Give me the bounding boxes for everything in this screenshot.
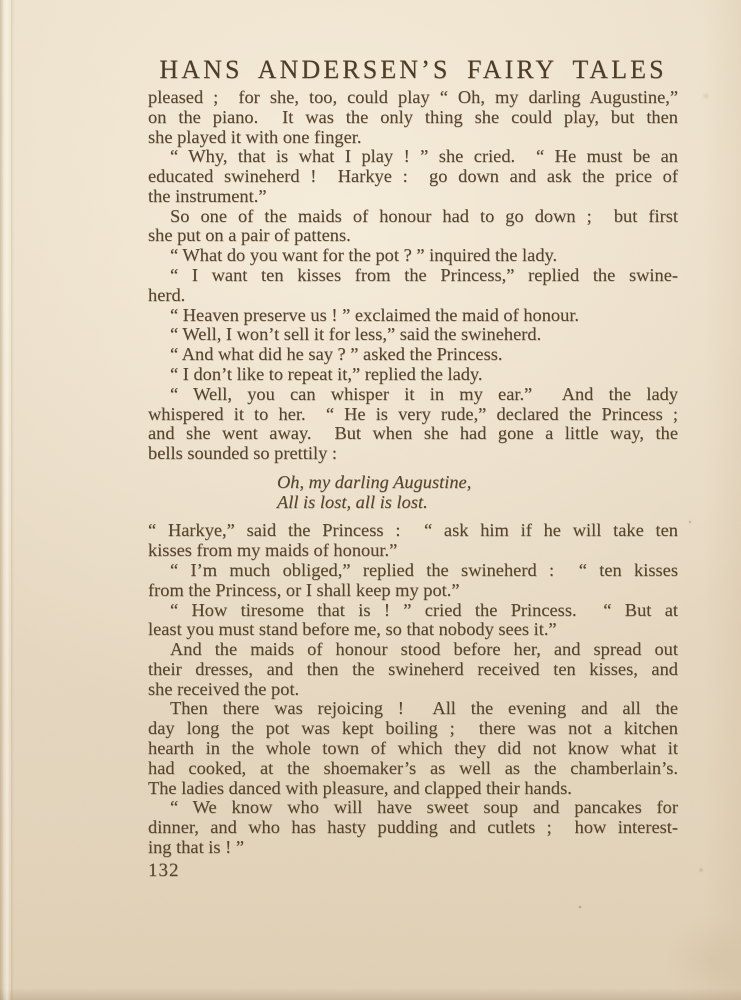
paragraph: “ How tiresome that is ! ” cried the Pri… <box>148 601 678 641</box>
text-line: Then there was rejoicing ! All the eveni… <box>148 699 678 719</box>
paragraph: “ Heaven preserve us ! ” exclaimed the m… <box>148 306 678 326</box>
text-line: kisses from my maids of honour.” <box>148 541 678 561</box>
paper-stain <box>640 900 741 1000</box>
text-line: “ What do you want for the pot ? ” inqui… <box>148 246 678 266</box>
text-line: “ I’m much obliged,” replied the swinehe… <box>148 561 678 581</box>
paper-specks <box>0 0 2 2</box>
paragraph: “ And what did he say ? ” asked the Prin… <box>148 345 678 365</box>
text-line: ing that is ! ” <box>148 838 678 858</box>
text-line: from the Princess, or I shall keep my po… <box>148 581 678 601</box>
page-number: 132 <box>148 861 678 881</box>
text-line: Oh, my darling Augustine, <box>277 473 678 493</box>
paragraph: Then there was rejoicing ! All the eveni… <box>148 699 678 798</box>
paragraph: So one of the maids of honour had to go … <box>148 207 678 247</box>
text-line: bells sounded so prettily : <box>148 444 678 464</box>
text-line: hearth in the whole town of which they d… <box>148 739 678 759</box>
verse: Oh, my darling Augustine,All is lost, al… <box>277 473 678 513</box>
paragraph: “ Harkye,” said the Princess : “ ask him… <box>148 521 678 561</box>
text-line: “ We know who will have sweet soup and p… <box>148 798 678 818</box>
text-line: least you must stand before me, so that … <box>148 620 678 640</box>
page-left-edge-highlight <box>3 0 11 1000</box>
text-line: “ I want ten kisses from the Princess,” … <box>148 266 678 286</box>
text-line: “ Harkye,” said the Princess : “ ask him… <box>148 521 678 541</box>
text-line: “ Well, I won’t sell it for less,” said … <box>148 325 678 345</box>
paragraph: “ Well, I won’t sell it for less,” said … <box>148 325 678 345</box>
text-line: had cooked, at the shoemaker’s as well a… <box>148 759 678 779</box>
page-left-edge-shadow <box>0 0 3 1000</box>
text-line: pleased ; for she, too, could play “ Oh,… <box>148 88 678 108</box>
text-line: And the maids of honour stood before her… <box>148 640 678 660</box>
paragraph: “ I’m much obliged,” replied the swinehe… <box>148 561 678 601</box>
text-line: whispered it to her. “ He is very rude,”… <box>148 405 678 425</box>
running-head: HANS ANDERSEN’S FAIRY TALES <box>148 55 678 85</box>
text-line: “ Why, that is what I play ! ” she cried… <box>148 147 678 167</box>
text-line: “ I don’t like to repeat it,” replied th… <box>148 365 678 385</box>
text-line: educated swineherd ! Harkye : go down an… <box>148 167 678 187</box>
text-line: “ How tiresome that is ! ” cried the Pri… <box>148 601 678 621</box>
text-line: their dresses, and then the swineherd re… <box>148 660 678 680</box>
text-line: the instrument.” <box>148 187 678 207</box>
text-line: day long the pot was kept boiling ; ther… <box>148 719 678 739</box>
text-line: “ Well, you can whisper it in my ear.” A… <box>148 385 678 405</box>
text-line: she put on a pair of pattens. <box>148 226 678 246</box>
text-line: she received the pot. <box>148 680 678 700</box>
page-left-edge-seam <box>11 0 14 1000</box>
paragraph: “ What do you want for the pot ? ” inqui… <box>148 246 678 266</box>
text-line: “ And what did he say ? ” asked the Prin… <box>148 345 678 365</box>
paragraph: And the maids of honour stood before her… <box>148 640 678 699</box>
text-line: dinner, and who has hasty pudding and cu… <box>148 818 678 838</box>
paragraph: “ We know who will have sweet soup and p… <box>148 798 678 857</box>
text-line: All is lost, all is lost. <box>277 493 678 513</box>
text-line: herd. <box>148 286 678 306</box>
book-page-scan: HANS ANDERSEN’S FAIRY TALES pleased ; fo… <box>0 0 741 1000</box>
paragraph: pleased ; for she, too, could play “ Oh,… <box>148 88 678 147</box>
text-line: The ladies danced with pleasure, and cla… <box>148 779 678 799</box>
text-line: “ Heaven preserve us ! ” exclaimed the m… <box>148 306 678 326</box>
paragraph: “ I don’t like to repeat it,” replied th… <box>148 365 678 385</box>
text-line: she played it with one finger. <box>148 128 678 148</box>
paragraph: “ Well, you can whisper it in my ear.” A… <box>148 385 678 464</box>
text-line: and she went away. But when she had gone… <box>148 424 678 444</box>
text-line: on the piano. It was the only thing she … <box>148 108 678 128</box>
paragraph: “ I want ten kisses from the Princess,” … <box>148 266 678 306</box>
text-block: pleased ; for she, too, could play “ Oh,… <box>148 88 678 880</box>
paragraph: “ Why, that is what I play ! ” she cried… <box>148 147 678 206</box>
text-line: So one of the maids of honour had to go … <box>148 207 678 227</box>
